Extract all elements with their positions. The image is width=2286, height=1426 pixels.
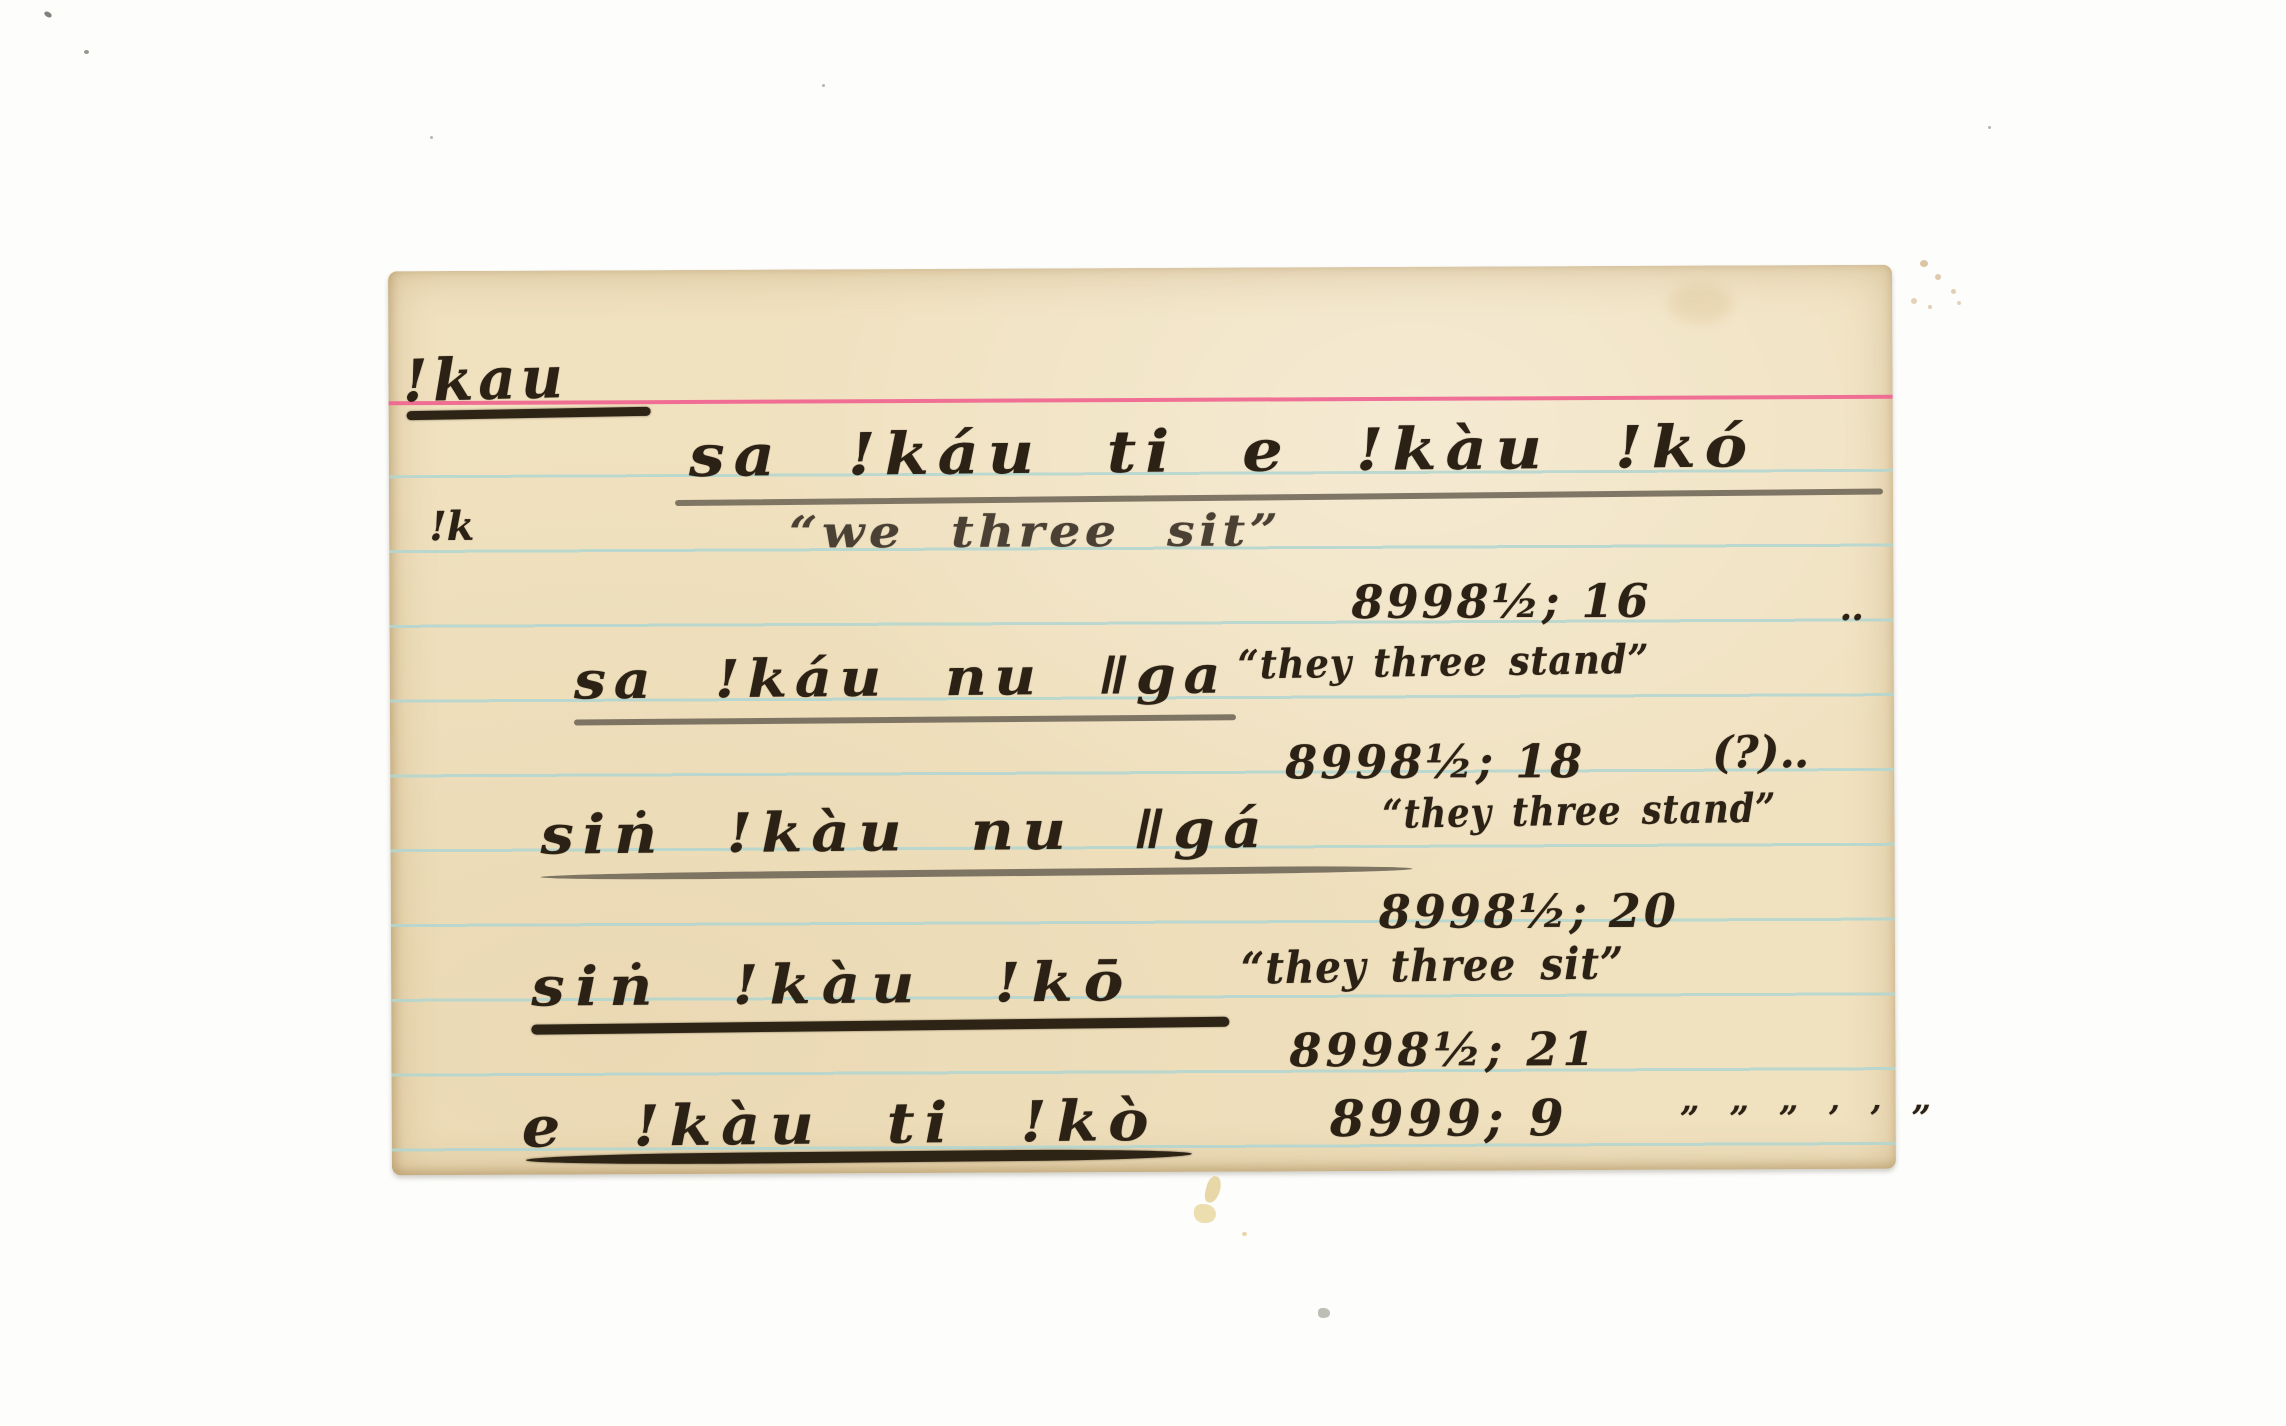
entry-4-reference: 8998½; 21 bbox=[1289, 1022, 1598, 1077]
entry-5-marks: ” ” ” ’ ’ ” bbox=[1680, 1099, 1940, 1140]
stain-fleck bbox=[1920, 260, 1928, 267]
entry-2-marks: (?)‥ bbox=[1712, 727, 1809, 778]
entry-1-gloss: “we three sit” bbox=[789, 505, 1282, 558]
drip-stain bbox=[1242, 1232, 1247, 1236]
entry-3-gloss: “they three stand” bbox=[1382, 785, 1777, 838]
entry-3-reference: 8998½; 20 bbox=[1379, 884, 1679, 939]
drip-stain bbox=[1194, 1204, 1216, 1223]
stain-fleck bbox=[1951, 289, 1956, 294]
entry-2-phrase: sa !káu nu ǁga bbox=[574, 645, 1229, 712]
pink-ruled-line bbox=[389, 395, 1893, 406]
index-card: !kau !k sa !káu ti e !kàu !kó “we three … bbox=[388, 265, 1896, 1176]
dust-speck bbox=[1318, 1308, 1330, 1318]
dust-speck bbox=[822, 84, 825, 87]
entry-4-gloss: “they three sit” bbox=[1241, 938, 1625, 994]
entry-2-gloss: “they three stand” bbox=[1237, 636, 1649, 689]
stain-fleck bbox=[1928, 305, 1932, 309]
stain-fleck bbox=[1935, 274, 1941, 280]
card-stain bbox=[1668, 283, 1732, 323]
entry-5-reference: 8999; 9 bbox=[1330, 1088, 1568, 1148]
drip-stain bbox=[1203, 1175, 1223, 1205]
scan-background: { "document_type": "handwritten index ca… bbox=[0, 0, 2286, 1426]
dust-speck bbox=[84, 50, 89, 54]
stain-fleck bbox=[1911, 298, 1917, 304]
entry-3-phrase: siṅ !kàu nu ǁgá bbox=[540, 796, 1271, 867]
dust-speck bbox=[43, 10, 52, 18]
card-heading: !kau bbox=[402, 343, 569, 415]
entry-4-phrase: siṅ !kàu !kō bbox=[531, 949, 1135, 1018]
entry-1-reference: 8998½; 16 bbox=[1351, 574, 1651, 629]
entry-1-marks: ‥ bbox=[1839, 587, 1863, 629]
margin-note: !k bbox=[429, 503, 474, 550]
dust-speck bbox=[430, 136, 433, 139]
dust-speck bbox=[1988, 126, 1991, 129]
entry-1-phrase: sa !káu ti e !kàu !kó bbox=[688, 412, 1756, 490]
stain-fleck bbox=[1957, 301, 1961, 305]
entry-2-reference: 8998½; 18 bbox=[1285, 734, 1585, 789]
